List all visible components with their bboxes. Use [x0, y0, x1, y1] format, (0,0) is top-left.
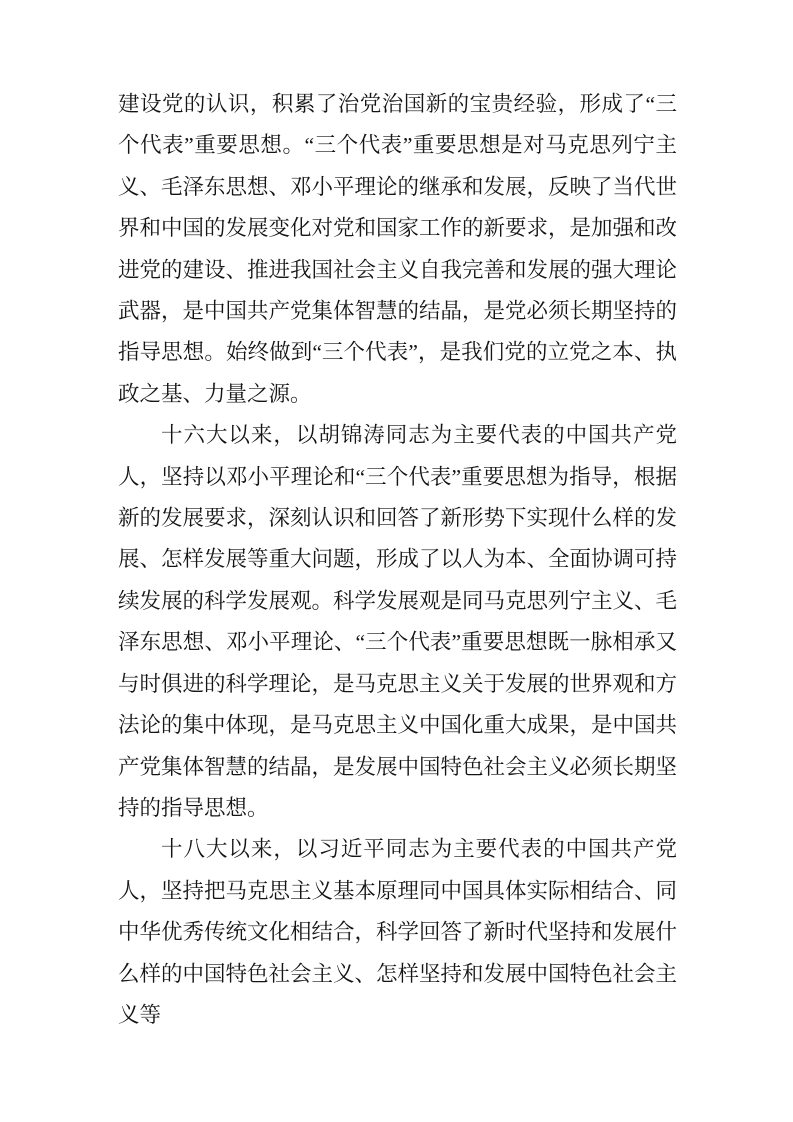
document-body: 建设党的认识，积累了治党治国新的宝贵经验，形成了“三个代表”重要思想。“三个代表…	[118, 84, 677, 1036]
document-page: 建设党的认识，积累了治党治国新的宝贵经验，形成了“三个代表”重要思想。“三个代表…	[0, 0, 793, 1122]
paragraph-scientific-outlook: 十六大以来，以胡锦涛同志为主要代表的中国共产党人，坚持以邓小平理论和“三个代表”…	[118, 415, 677, 829]
paragraph-three-represents: 建设党的认识，积累了治党治国新的宝贵经验，形成了“三个代表”重要思想。“三个代表…	[118, 84, 677, 415]
paragraph-18th-congress: 十八大以来，以习近平同志为主要代表的中国共产党人，坚持把马克思主义基本原理同中国…	[118, 829, 677, 1036]
